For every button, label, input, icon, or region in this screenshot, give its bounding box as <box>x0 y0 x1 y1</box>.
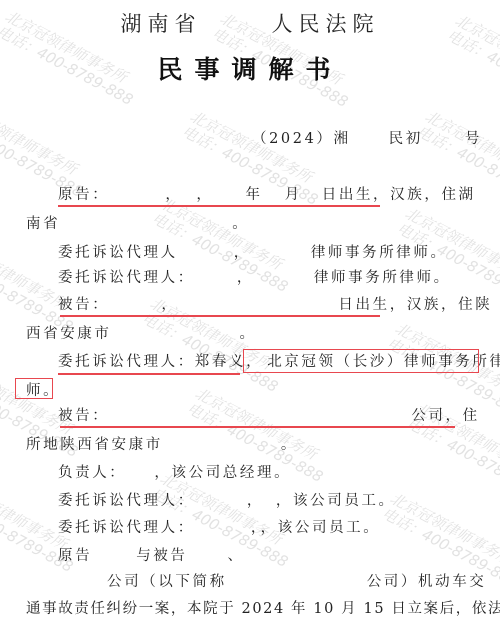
birth-info: 日出生，汉族，住湖 <box>322 187 476 203</box>
comma: ， <box>247 493 264 509</box>
period: 。 <box>232 216 249 232</box>
plaintiff-address: 南省。 <box>26 215 249 233</box>
period: 。 <box>281 437 298 453</box>
address-text: 所地陕西省安康市 <box>26 437 163 453</box>
case-number-middle: 民初 <box>389 131 423 147</box>
red-underline-annotation <box>58 373 240 375</box>
year-label: 年 <box>246 187 263 203</box>
manager-title: ，该公司总经理。 <box>154 465 291 481</box>
defendant-label: 被告： <box>58 408 109 424</box>
red-underline-annotation <box>60 426 455 428</box>
company-alias-open: 公司（以下简称 <box>107 574 227 590</box>
red-box-annotation <box>243 349 479 373</box>
defendant-ref: 与被告 <box>136 548 187 564</box>
company-suffix: 公司，住 <box>411 408 479 424</box>
defendant-2-agent-1: 委托诉讼代理人：，，该公司员工。 <box>58 492 396 510</box>
comma: ， <box>161 297 178 313</box>
comma: ， <box>234 245 251 261</box>
body-line-1: 原告与被告、 <box>58 547 245 565</box>
manager-label: 负责人： <box>58 465 126 481</box>
defendant-2-line: 被告：公司，住 <box>58 407 480 425</box>
red-underline-annotation <box>60 315 380 317</box>
month-label: 月 <box>285 187 302 203</box>
agent-role: ，该公司员工。 <box>276 493 396 509</box>
red-box-annotation <box>15 378 53 399</box>
comma: ， <box>237 270 254 286</box>
address-text: 西省安康市 <box>26 326 112 342</box>
comma: ， <box>196 187 213 203</box>
period: 。 <box>240 326 257 342</box>
court-suffix: 人民法院 <box>272 12 380 36</box>
defendant-1-line: 被告：，日出生，汉族，住陕 <box>58 296 492 314</box>
plaintiff-agent-2: 委托诉讼代理人：，律师事务所律师。 <box>58 269 451 287</box>
law-firm: 律师事务所律师。 <box>311 245 448 261</box>
comma: ， <box>251 520 261 536</box>
agent-label: 委托诉讼代理人：郑春义， <box>58 354 263 370</box>
agent-label: 委托诉讼代理人 <box>58 245 178 261</box>
case-number-prefix: （2024）湘 <box>252 131 351 147</box>
company-alias-close: 公司）机动车交 <box>367 574 487 590</box>
plaintiff-line: 原告：，，年月日出生，汉族，住湖 <box>58 186 476 204</box>
defendant-2-agent-2: 委托诉讼代理人：，，该公司员工。 <box>58 519 380 537</box>
defendant-2-address: 所地陕西省安康市。 <box>26 436 298 454</box>
plaintiff-agent-1: 委托诉讼代理人，律师事务所律师。 <box>58 244 448 262</box>
birth-info: 日出生，汉族，住陕 <box>338 297 492 313</box>
case-number-suffix: 号 <box>465 131 482 147</box>
red-underline-annotation <box>58 205 380 207</box>
defendant-label: 被告： <box>58 297 109 313</box>
agent-label: 委托诉讼代理人： <box>58 520 195 536</box>
court-name: 湖南省人民法院 <box>0 8 500 38</box>
body-line-3: 通事故责任纠纷一案，本院于 2024 年 10 月 15 日立案后，依法 <box>26 600 500 618</box>
plaintiff-label: 原告： <box>58 187 109 203</box>
comma: ， <box>165 187 182 203</box>
separator: 、 <box>228 548 245 564</box>
agent-role: ，该公司员工。 <box>261 520 381 536</box>
address-text: 南省 <box>26 216 60 232</box>
court-province: 湖南省 <box>121 12 202 36</box>
defendant-2-manager: 负责人：，该公司总经理。 <box>58 464 291 482</box>
defendant-1-address: 西省安康市。 <box>26 325 257 343</box>
body-line-2: 公司（以下简称公司）机动车交 <box>107 573 486 591</box>
law-firm: 律师事务所律师。 <box>314 270 451 286</box>
document-page: 北京冠领律师事务所电话：400-8789-888 北京冠领律师事务所电话：400… <box>0 0 500 636</box>
case-number: （2024）湘民初号 <box>252 130 482 148</box>
document-title: 民事调解书 <box>0 50 500 86</box>
agent-label: 委托诉讼代理人： <box>58 270 195 286</box>
agent-label: 委托诉讼代理人： <box>58 493 195 509</box>
plaintiff-ref: 原告 <box>58 548 92 564</box>
